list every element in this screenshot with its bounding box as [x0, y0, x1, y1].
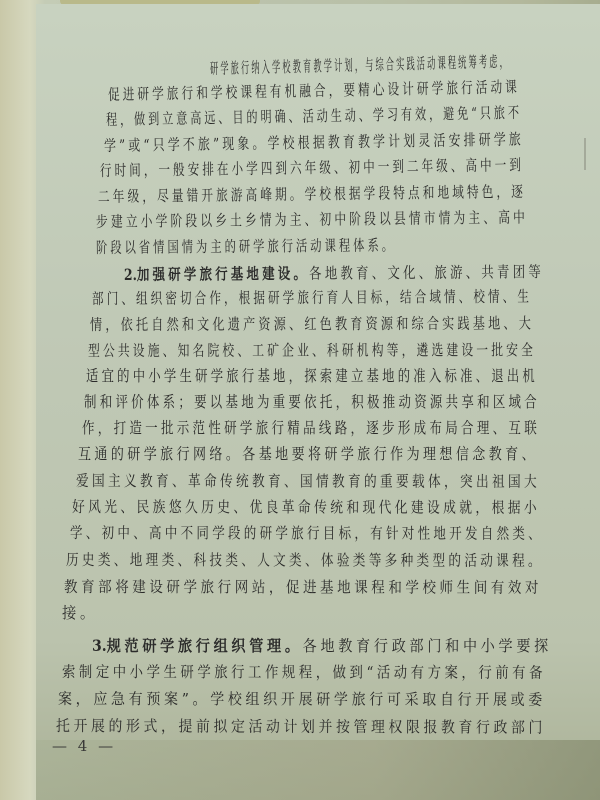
text-line: 爱国主义教育、革命传统教育、国情教育的重要载体，突出祖国大: [76, 474, 540, 490]
text-line: 索制定中小学生研学旅行工作规程，做到“活动有方案，行前有备: [62, 665, 546, 681]
page-number: — 4 —: [52, 737, 116, 755]
section-text: 各地教育行政部门和中小学要探: [303, 637, 552, 655]
section-heading-line: 2.加强研学旅行基地建设。各地教育、文化、旅游、共青团等: [124, 264, 544, 283]
text-line: 适宜的中小学生研学旅行基地，探索建立基地的准入标准、退出机: [86, 369, 538, 385]
text-line: 案，应急有预案”。学校组织开展研学旅行可采取自行开展或委: [58, 692, 546, 708]
page-shadow: [36, 740, 600, 800]
text-line: 接。: [62, 606, 98, 622]
text-line: 情，依托自然和文化遗产资源、红色教育资源和综合实践基地、大: [90, 316, 534, 333]
text-line: 托开展的形式，提前拟定活动计划并按管理权限报教育行政部门: [56, 719, 546, 736]
section-number: 3.: [92, 636, 107, 655]
text-line: 阶段以省情国情为主的研学旅行活动课程体系。: [96, 238, 396, 256]
section-number: 2.: [124, 265, 137, 284]
section-heading-line: 3.规范研学旅行组织管理。各地教育行政部门和中小学要探: [92, 638, 552, 655]
section-text: 各地教育、文化、旅游、共青团等: [309, 263, 544, 283]
text-line: 作，打造一批示范性研学旅行精品线路，逐步形成布局合理、互联: [82, 421, 540, 437]
text-line: 学、初中、高中不同学段的研学旅行目标，有针对性地开发自然类、: [70, 526, 544, 542]
text-line: 互通的研学旅行网络。各基地要将研学旅行作为理想信念教育、: [78, 447, 538, 463]
section-title: 加强研学旅行基地建设。: [137, 264, 309, 284]
text-line: 历史类、地理类、科技类、人文类、体验类等多种类型的活动课程。: [66, 553, 544, 569]
text-line: 好风光、民族悠久历史、优良革命传统和现代化建设成就，根据小: [72, 500, 540, 516]
section-title: 规范研学旅行组织管理。: [107, 636, 303, 655]
text-line: 制和评价体系；要以基地为重要依托，积极推动资源共享和区域合: [84, 395, 540, 411]
text-line: 教育部将建设研学旅行网站，促进基地课程和学校师生间有效对: [64, 580, 542, 596]
text-line: 部门、组织密切合作，根据研学旅行育人目标，结合域情、校情、生: [92, 290, 532, 308]
text-line: 型公共设施、知名院校、工矿企业、科研机构等，遴选建设一批安全: [88, 343, 536, 359]
margin-mark: [584, 138, 586, 170]
